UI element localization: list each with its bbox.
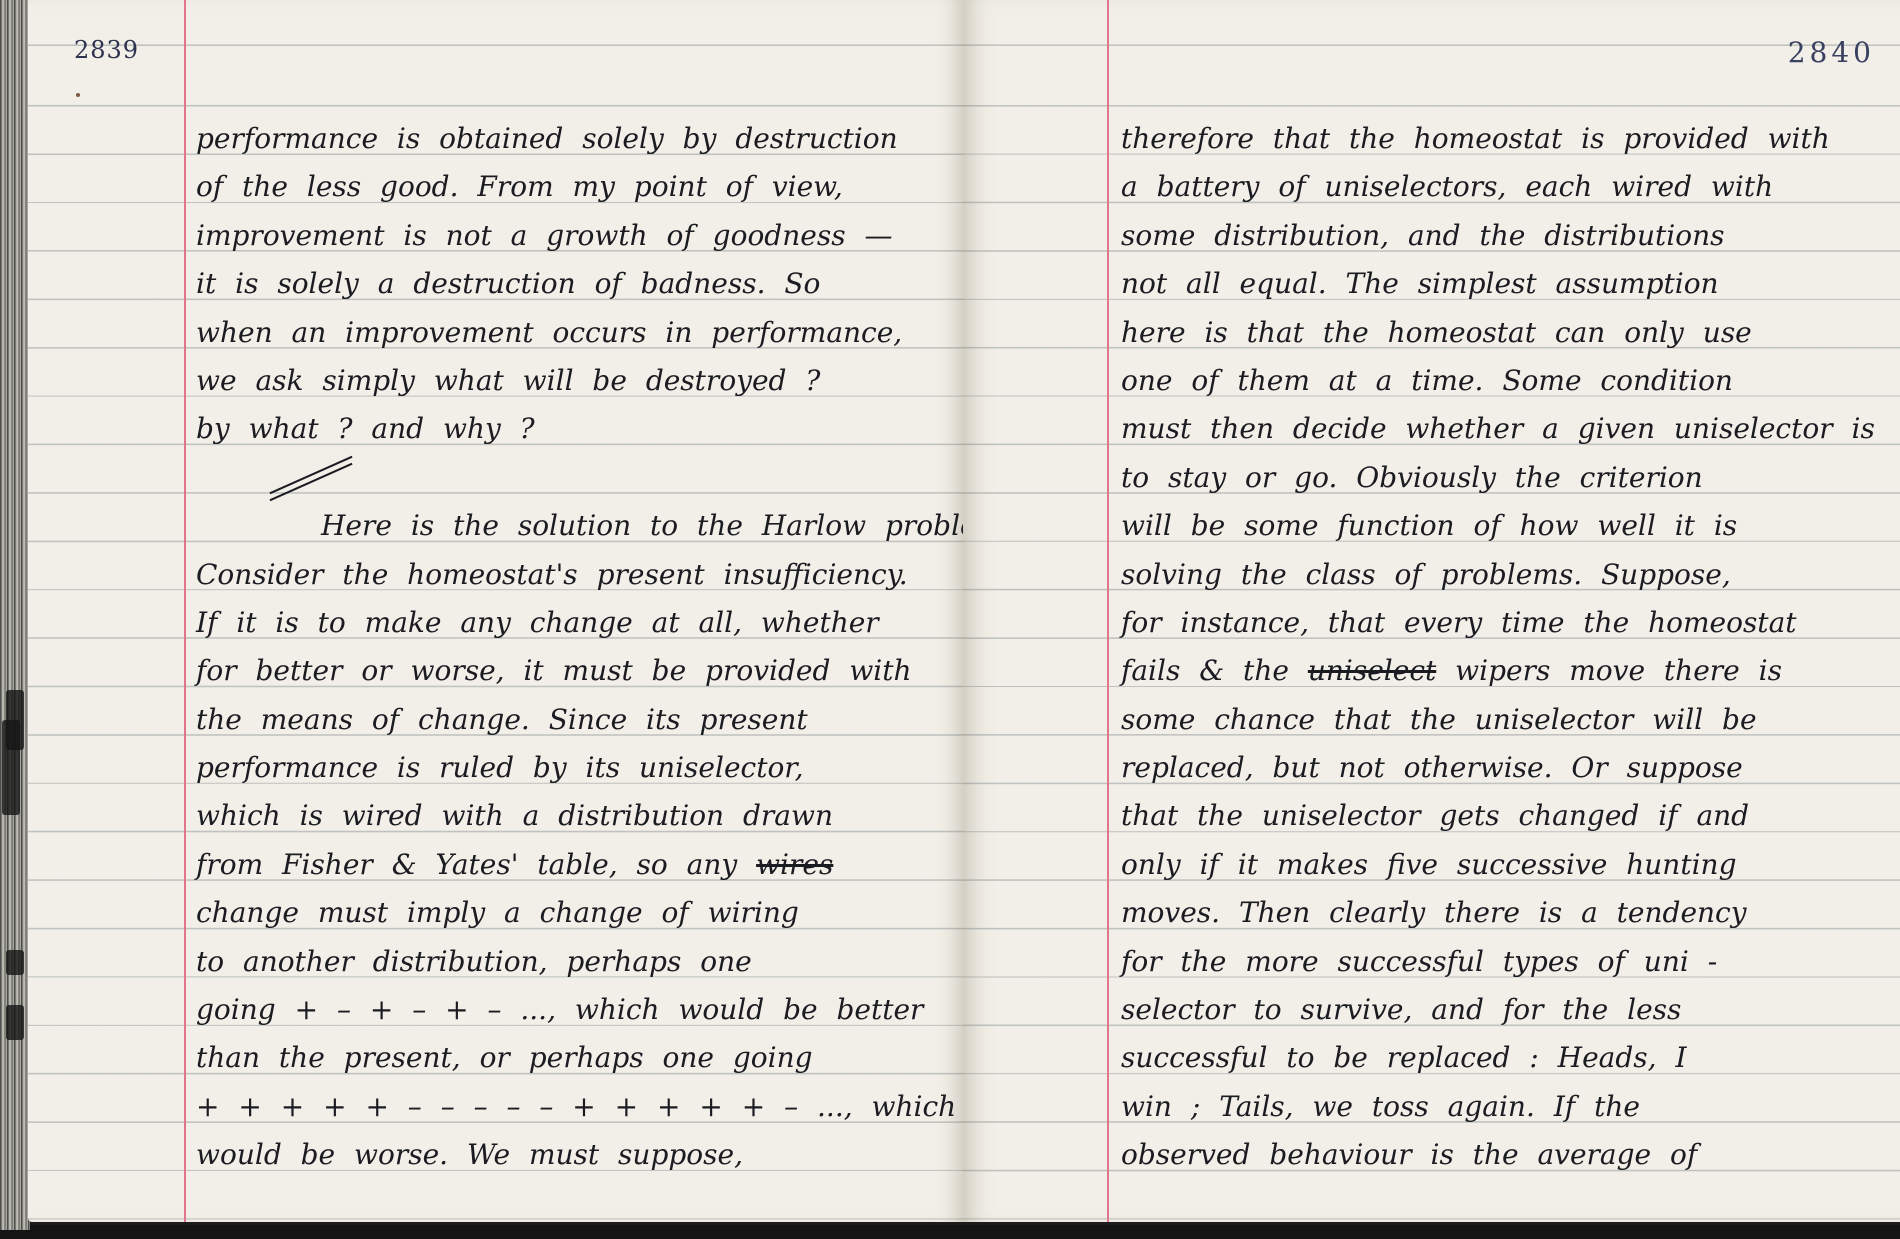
text-line: + + + + + – – – – – + + + + + – ..., whi… (196, 1083, 956, 1131)
text-line: than the present, or perhaps one going (196, 1034, 956, 1082)
text-line: not all equal. The simplest assumption (1121, 260, 1891, 308)
page-number: 2839 (74, 36, 139, 64)
ink-smudge (6, 950, 24, 975)
text-line: Here is the solution to the Harlow probl… (196, 502, 956, 550)
text-line: successful to be replaced : Heads, I (1121, 1034, 1891, 1082)
text-line: some distribution, and the distributions (1121, 212, 1891, 260)
text-line: If it is to make any change at all, whet… (196, 599, 956, 647)
text-line: we ask simply what will be destroyed ? (196, 357, 956, 405)
text-line: performance is ruled by its uniselector, (196, 744, 956, 792)
text-line: would be worse. We must suppose, (196, 1131, 956, 1179)
text-line: of the less good. From my point of view, (196, 163, 956, 211)
text-line: to another distribution, perhaps one (196, 938, 956, 986)
text-line: will be some function of how well it is (1121, 502, 1891, 550)
margin-line (1107, 0, 1109, 1222)
left-page-text: performance is obtained solely by destru… (196, 115, 956, 1180)
left-page: 2839 performance is obtained solely by d… (28, 0, 963, 1222)
notebook-spread: 2839 performance is obtained solely by d… (0, 0, 1900, 1225)
text-fragment: wipers move there is (1436, 654, 1782, 687)
text-line: only if it makes five successive hunting (1121, 841, 1891, 889)
text-line: some chance that the uniselector will be (1121, 696, 1891, 744)
text-fragment: from Fisher & Yates' table, so any (196, 848, 756, 881)
page-edges (0, 0, 30, 1230)
text-line: solving the class of problems. Suppose, (1121, 551, 1891, 599)
struck-word: wires (756, 848, 833, 881)
text-fragment: fails & the (1121, 654, 1308, 687)
text-line: to stay or go. Obviously the criterion (1121, 454, 1891, 502)
struck-word: uniselect (1308, 654, 1436, 687)
text-line: when an improvement occurs in performanc… (196, 309, 956, 357)
text-line: therefore that the homeostat is provided… (1121, 115, 1891, 163)
section-divider-line (196, 454, 956, 502)
page-number: 2840 (1788, 36, 1875, 69)
text-line: going + – + – + – ..., which would be be… (196, 986, 956, 1034)
text-line: that the uniselector gets changed if and (1121, 792, 1891, 840)
text-line: for better or worse, it must be provided… (196, 647, 956, 695)
text-line: here is that the homeostat can only use (1121, 309, 1891, 357)
text-line: fails & the uniselect wipers move there … (1121, 647, 1891, 695)
ink-smudge (6, 1005, 24, 1040)
text-line: moves. Then clearly there is a tendency (1121, 889, 1891, 937)
text-line: replaced, but not otherwise. Or suppose (1121, 744, 1891, 792)
ink-dot (76, 93, 80, 97)
right-page-text: therefore that the homeostat is provided… (1121, 115, 1891, 1180)
ink-smudge (2, 720, 20, 815)
text-line: it is solely a destruction of badness. S… (196, 260, 956, 308)
text-line: for instance, that every time the homeos… (1121, 599, 1891, 647)
text-line: the means of change. Since its present (196, 696, 956, 744)
text-line: win ; Tails, we toss again. If the (1121, 1083, 1891, 1131)
text-line: selector to survive, and for the less (1121, 986, 1891, 1034)
text-line: from Fisher & Yates' table, so any wires (196, 841, 956, 889)
text-line: must then decide whether a given unisele… (1121, 405, 1891, 453)
text-line: for the more successful types of uni - (1121, 938, 1891, 986)
text-line: Consider the homeostat's present insuffi… (196, 551, 956, 599)
text-line: a battery of uniselectors, each wired wi… (1121, 163, 1891, 211)
text-line: which is wired with a distribution drawn (196, 792, 956, 840)
text-line: by what ? and why ? (196, 405, 956, 453)
double-slash-divider-icon (266, 454, 356, 494)
text-line: observed behaviour is the average of (1121, 1131, 1891, 1179)
text-line: improvement is not a growth of goodness … (196, 212, 956, 260)
text-line: one of them at a time. Some condition (1121, 357, 1891, 405)
text-line: change must imply a change of wiring (196, 889, 956, 937)
margin-line (184, 0, 186, 1222)
right-page: 2840 therefore that the homeostat is pro… (963, 0, 1900, 1222)
text-line: performance is obtained solely by destru… (196, 115, 956, 163)
